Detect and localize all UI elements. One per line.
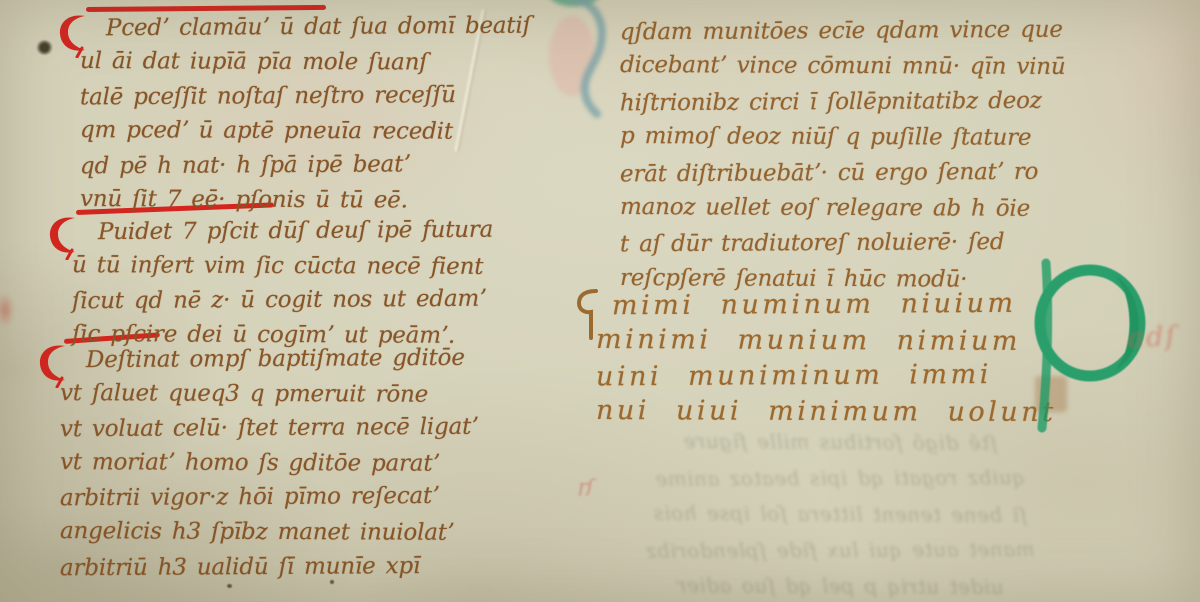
text-line: arbitriū h3 ualidū ſī munīe xpī bbox=[60, 548, 478, 585]
pink-showthrough-text: adſ bbox=[1127, 321, 1177, 354]
text-line: erāt diſtribuebātʼ· cū ergo ſenatʼ ro bbox=[620, 154, 1066, 192]
text-line: Puidet 7 pſcit dūſ deuſ ipē futura bbox=[72, 213, 493, 250]
paragraph-4: qſdam munitōes ecīe qdam vince quediceba… bbox=[620, 14, 1066, 297]
text-line: uidet utriq p pel qd ſuo adier bbox=[600, 567, 1080, 602]
text-line: manet aute qui lux fide ſplendoribz bbox=[600, 531, 1080, 569]
text-line: dicebantʼ vince cōmuni mnū· qīn vinū bbox=[620, 48, 1066, 85]
text-line: quibz rogati qd ipis beatoz anime bbox=[600, 459, 1080, 497]
text-line: ū tū infert vim ſic cūcta necē fient bbox=[72, 248, 493, 284]
text-line: t aſ dūr tradiutoreſ noluierē· ſed bbox=[620, 225, 1066, 263]
paragraph-3: Deſtinat ompſ baptiſmate gditōevt ſaluet… bbox=[60, 342, 478, 584]
text-line: hiſtrionibz circi ī ſollēpnitatibz deoz bbox=[620, 83, 1066, 121]
showthrough-text-block: ſtē digō fortibus mille figurequibz roga… bbox=[600, 424, 1080, 602]
text-line: qd pē h nat· h ſpā ipē beatʼ bbox=[80, 147, 531, 184]
text-line: qſdam munitōes ecīe qdam vince que bbox=[620, 13, 1066, 51]
paragraph-2: Puidet 7 pſcit dūſ deuſ ipē futuraū tū i… bbox=[72, 214, 493, 352]
text-line: angelicis h3 ſpībz manet inuiolatʼ bbox=[60, 514, 478, 550]
red-showthrough-mark: ꞅſ bbox=[578, 476, 593, 497]
text-line: Deſtinat ompſ baptiſmate gditōe bbox=[60, 341, 478, 378]
text-line: talē pceſſit noſtaſ neſtro receſſū bbox=[80, 78, 531, 115]
text-line: ul āi dat iupīā pīa mole ſuanſ bbox=[80, 44, 531, 81]
text-line: vt ſaluet queq3 q pmeruit rōne bbox=[60, 376, 478, 412]
text-line: Pcedʼ clamāuʼ ū dat ſua domī beatiſ bbox=[80, 9, 531, 46]
text-line: mimi numinum niuium bbox=[596, 286, 1057, 324]
text-line: manoz uellet eoſ relegare ab h ōie bbox=[620, 190, 1066, 227]
text-line: ſi bene tenent littera ſol ipse hois bbox=[600, 495, 1080, 534]
text-line: ſicut qd nē z· ū cogit nos ut edamʼ bbox=[72, 282, 493, 319]
paragraph-minims: mimi numinum niuiumminimi munium nimiumu… bbox=[596, 287, 1056, 429]
manuscript-page: Pcedʼ clamāuʼ ū dat ſua domī beatiſul āi… bbox=[0, 0, 1200, 602]
text-line: ſtē digō fortibus mille figure bbox=[600, 423, 1080, 462]
red-showthrough-smudge bbox=[0, 293, 14, 327]
text-line: arbitrii vigor·z hōi pīmo reſecatʼ bbox=[60, 479, 478, 516]
text-line: qm pcedʼ ū aptē pneuīa recedit bbox=[80, 113, 531, 150]
paragraph-1: Pcedʼ clamāuʼ ū dat ſua domī beatiſul āi… bbox=[80, 10, 531, 218]
text-line: vt voluat celū· ſtet terra necē ligatʼ bbox=[60, 410, 478, 447]
text-line: minimi munium nimium bbox=[596, 321, 1057, 359]
text-line: vt moriatʼ homo ſs gditōe paratʼ bbox=[60, 445, 478, 481]
ink-speck bbox=[36, 40, 53, 55]
text-line: p mimoſ deoz niūſ q puſille ſtature bbox=[620, 119, 1066, 156]
brown-paraph-icon bbox=[577, 288, 599, 340]
text-line: uini muniminum immi bbox=[596, 357, 1057, 395]
